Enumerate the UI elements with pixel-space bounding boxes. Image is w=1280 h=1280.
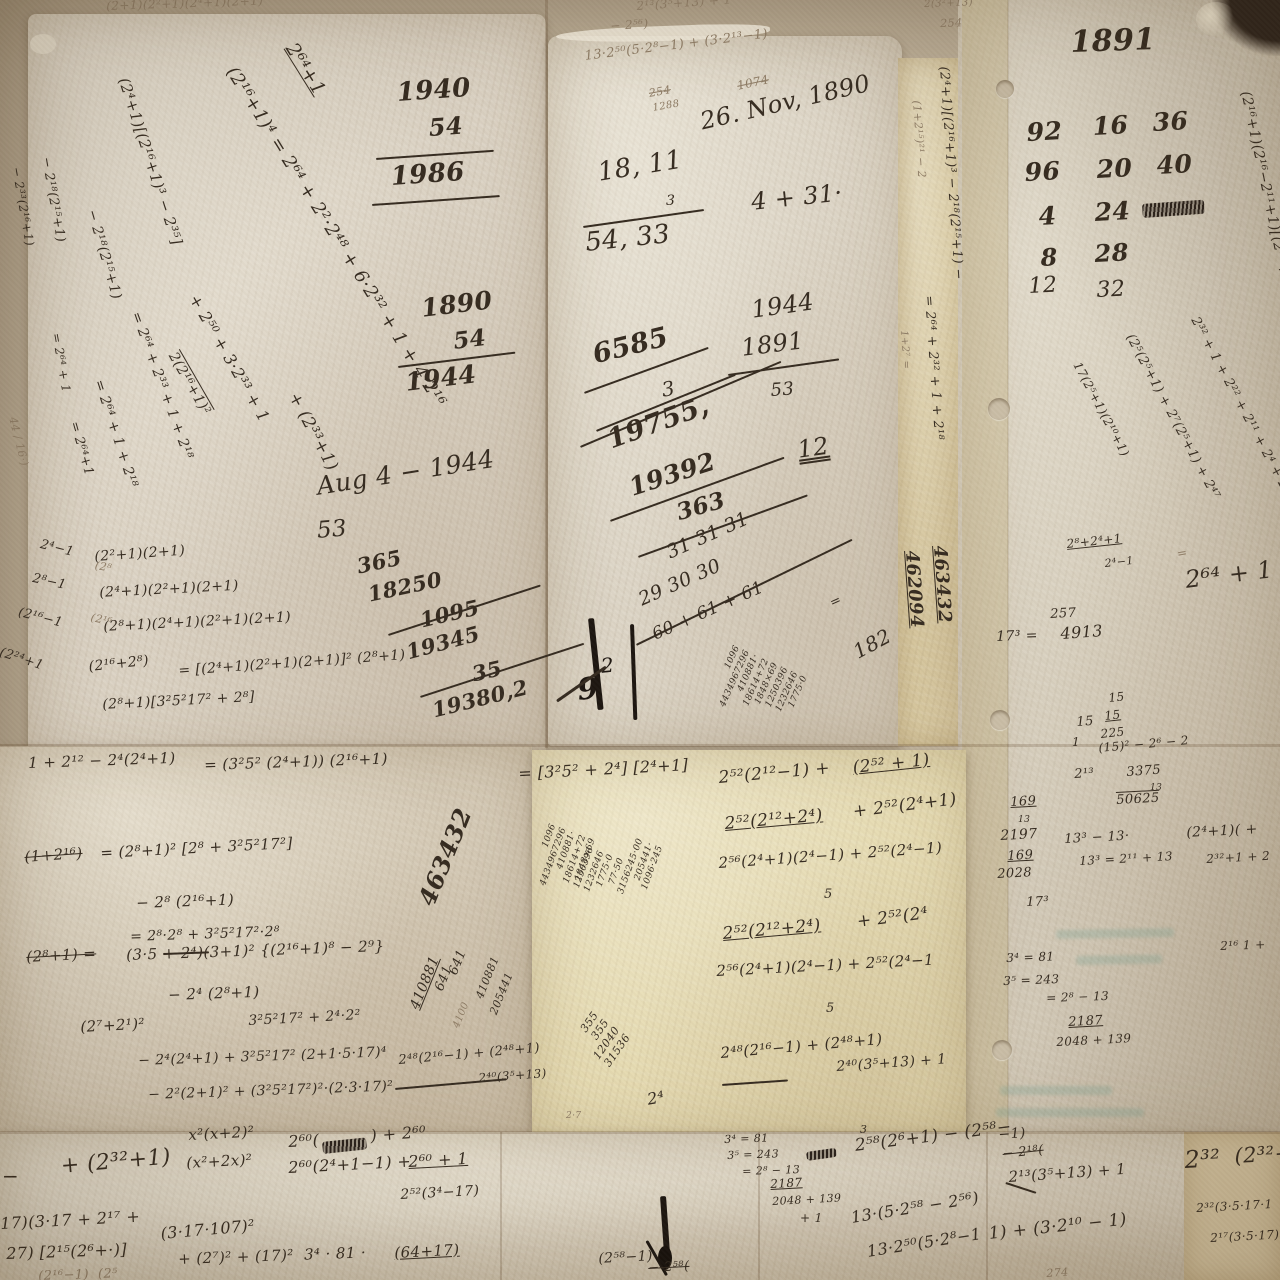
handwritten-note: 54 [428,114,464,140]
handwritten-note: 2048 + 139 [772,1192,842,1207]
handwritten-note: 169 [1010,795,1037,809]
crease-line [1007,0,1009,1136]
handwritten-note: 3⁵ = 243 [727,1148,779,1161]
handwritten-note: 4 [1038,203,1057,229]
handwritten-note: 96 [1024,158,1061,185]
manuscript-collage: 2⁶⁴+1(2¹⁶+1)⁴ = 2⁶⁴ + 2²·2⁴⁸ + 6·2³² + 1… [0,0,1280,1280]
handwritten-note: 15 [1108,690,1125,704]
handwritten-note: (2⁴+1)( + [1186,822,1263,840]
handwritten-note: 40 [1156,151,1193,178]
handwritten-note: 20 [1096,155,1133,182]
handwritten-note: 2¹³(3⁵+13) + 1 [636,0,732,12]
handwritten-note: 92 [1026,118,1063,145]
handwritten-note: 254 [940,17,963,29]
handwritten-note: 462094 [902,550,925,629]
paper-substrip-yellow [962,0,1008,1136]
handwritten-note: (2⁵⁸−1) [598,1249,653,1266]
handwritten-note: 2³² [1184,1146,1221,1172]
paper-nick [30,34,56,54]
handwritten-note: 3 [666,194,675,208]
handwritten-note: 3⁵ = 243 [1003,973,1060,987]
handwritten-note: 2028 [997,866,1032,881]
handwritten-note: 2187 [1068,1014,1103,1029]
paper-sheet-top-middle [548,36,902,746]
handwritten-note: 2⁴ [646,1089,666,1108]
handwritten-note: 16 [1092,112,1129,139]
handwritten-note: − 2⁵⁶) [610,17,649,32]
punch-hole [988,398,1010,420]
crease-line [545,0,548,748]
handwritten-note: 169 [1007,849,1034,863]
handwritten-note: − [2,1166,19,1186]
handwritten-note: 12 [796,434,830,462]
handwritten-note: 3⁴ = 81 [1006,950,1055,964]
handwritten-note: 50625 [1116,792,1160,807]
handwritten-note: 2(3²+13) [924,0,973,10]
handwritten-note: (2⁸+1) = [26,946,97,965]
handwritten-note: 3⁴ = 81 [724,1132,769,1145]
handwritten-note: 2 [600,655,615,676]
handwritten-note: (2⁷+2¹)² [80,1017,145,1035]
handwritten-note: (2+1)(2²+1)(2⁴+1)(2+1) [106,0,263,12]
handwritten-note: 4913 [1060,623,1103,642]
handwritten-note: 32 [1096,278,1126,301]
handwritten-note: = [1176,546,1188,560]
handwritten-note: 2¹⁶ 1 + [1220,938,1266,952]
handwritten-note: 13 [1018,816,1030,825]
handwritten-note: 54 [452,326,487,353]
handwritten-note: 53 [770,380,795,400]
handwritten-note: 5 [826,1002,835,1015]
handwritten-note: 1986 [390,159,466,190]
handwritten-note: −1) [998,1126,1026,1142]
handwritten-note: 1940 [396,75,472,106]
handwritten-note: 225 [1100,725,1125,739]
handwritten-note: 3375 [1126,764,1162,779]
handwritten-note: 36 [1152,108,1189,135]
handwritten-note: (1+2¹⁶) [24,846,83,865]
handwritten-note: 274 [1046,1266,1069,1279]
handwritten-note: 12 [1028,274,1058,297]
ghost-print [1076,954,1162,964]
handwritten-note: 2187 [770,1176,803,1190]
handwritten-note: (x²+2x)² [186,1153,253,1171]
handwritten-note: 13³ − 13· [1064,830,1130,846]
handwritten-note: − 2⁴ (2⁸+1) [168,985,260,1003]
handwritten-note: + 1 [800,1212,823,1224]
handwritten-note: 2⁶⁰ + 1 [408,1151,468,1170]
punch-hole [996,80,1014,98]
handwritten-note: 2048 + 139 [1056,1032,1132,1048]
handwritten-note: 5 [824,888,833,901]
handwritten-note: − 2⁵⁸( [648,1260,690,1275]
handwritten-note: 3 [860,1124,867,1135]
handwritten-note: 2⁵²(3⁴−17) [400,1184,480,1202]
punch-hole [992,1040,1012,1060]
handwritten-note: 2⁴−1 [1104,555,1134,569]
handwritten-note: 1 [1072,736,1080,748]
handwritten-note: (2³²− [1234,1143,1280,1167]
ghost-print [1000,1086,1112,1095]
handwritten-note: 17³ = [996,629,1038,644]
handwritten-note: 15 [1076,715,1094,729]
handwritten-note: 8 [1040,245,1058,270]
handwritten-note: 15 [1104,708,1121,722]
handwritten-note: 463432 [930,545,953,624]
handwritten-note: 2·7 [566,1112,582,1121]
handwritten-note: (2⁸ [94,560,113,574]
punch-hole [990,710,1010,730]
handwritten-note: x²(x+2)² [188,1125,255,1143]
handwritten-note: − 2⁸ (2¹⁶+1) [136,893,234,911]
handwritten-note: 2¹³ [1074,767,1095,781]
handwritten-note: 1891 [1070,25,1156,58]
handwritten-note: 2³²(3·5·17·1 [1196,1198,1273,1214]
handwritten-note: (64+17) [394,1243,460,1261]
handwritten-note: 53 [316,517,348,543]
handwritten-note: 24 [1094,198,1131,225]
handwritten-note: 2⁶⁰( [288,1132,320,1150]
handwritten-note: = 2⁸ − 13 [1046,990,1109,1004]
curled-corner-highlight [1196,2,1236,36]
handwritten-note: 27) [2¹⁵(2⁶+·)] [6,1242,127,1262]
handwritten-note: 2197 [1000,827,1038,843]
handwritten-note: ) + 2⁶⁰ [370,1124,427,1144]
crease-line [0,744,1280,747]
handwritten-note: 1891 [740,328,805,359]
handwritten-note: 1+2⁷ = [898,330,911,370]
crease-line [500,1132,502,1280]
ghost-print [996,1108,1144,1117]
handwritten-note: 2¹⁷(3·5·17) [1210,1228,1280,1244]
handwritten-note: 257 [1050,607,1077,621]
handwritten-note: 2³²+1 + 2 [1206,850,1270,865]
handwritten-note: (2¹⁶−1) (2⁵ [38,1267,118,1280]
handwritten-note: 17³ [1026,895,1049,909]
crease-line [986,1132,988,1280]
handwritten-note: 28 [1094,240,1129,266]
handwritten-note: 44 / 16·) [7,416,30,467]
